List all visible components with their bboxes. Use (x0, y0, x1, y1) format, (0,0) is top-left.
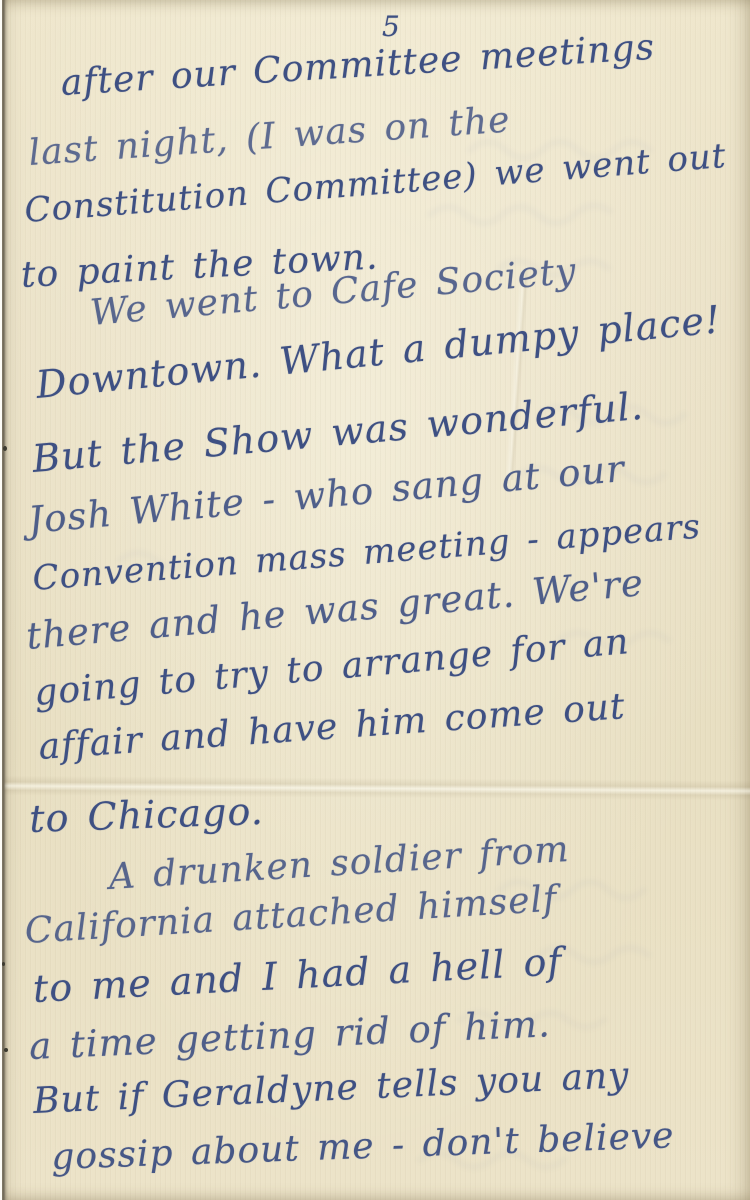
scanned-letter: 5 after our Committee meetings last nigh… (0, 0, 750, 1200)
paper-speck (2, 962, 5, 966)
page-number: 5 (382, 10, 400, 43)
paper-speck (3, 446, 7, 451)
handwritten-line: to Chicago. (29, 792, 265, 838)
paper-speck (4, 1048, 8, 1052)
scan-edge (0, 0, 9, 1200)
